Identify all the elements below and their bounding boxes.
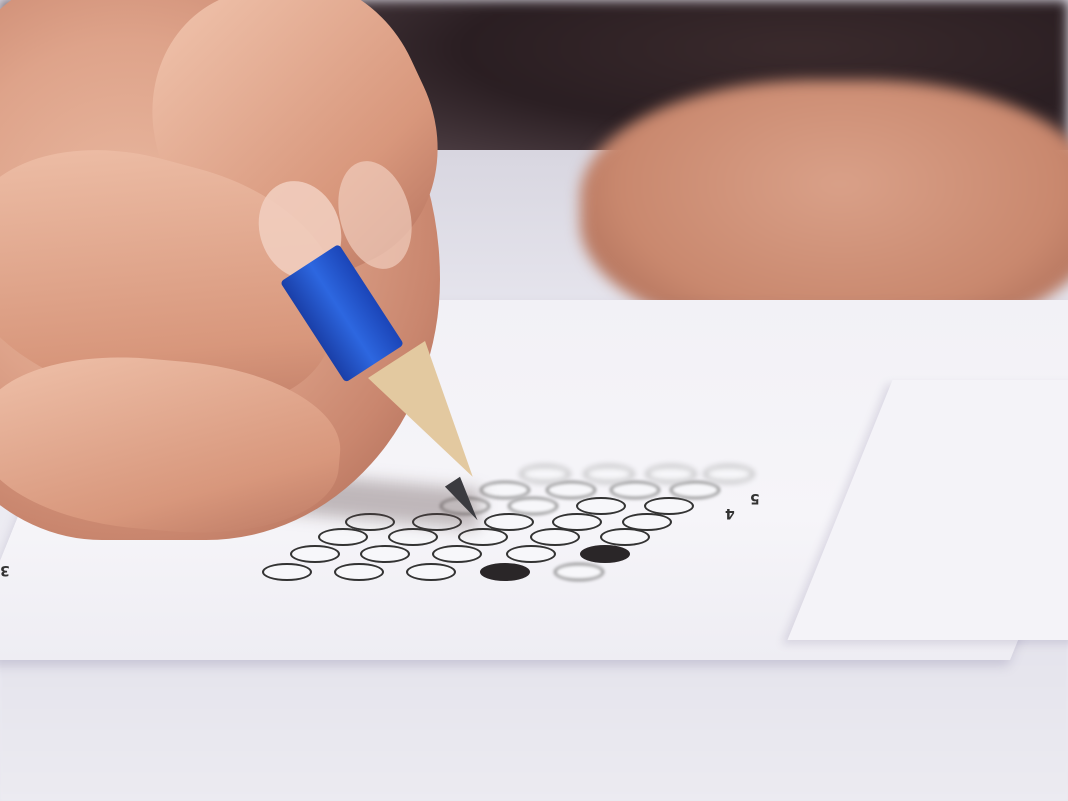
bubble: [406, 563, 456, 581]
bubble: [334, 563, 384, 581]
bubble: [458, 528, 508, 546]
bubble: [262, 563, 312, 581]
bubble: [670, 481, 720, 499]
bubble: [318, 528, 368, 546]
bubble: [554, 563, 604, 581]
bubble: [520, 465, 570, 483]
bubble: [484, 513, 534, 531]
question-number: 3: [0, 562, 10, 578]
bubble: [552, 513, 602, 531]
bubble: [704, 465, 754, 483]
filled-bubble: [480, 563, 530, 581]
bubble: [480, 481, 530, 499]
bubble: [546, 481, 596, 499]
bubble: [584, 465, 634, 483]
bubble: [360, 545, 410, 563]
bubble: [646, 465, 696, 483]
photo-scene: 4 5 3: [0, 0, 1068, 801]
filled-bubble: [580, 545, 630, 563]
bubble: [610, 481, 660, 499]
bubble: [508, 497, 558, 515]
question-number: 5: [750, 490, 760, 506]
bubble: [576, 497, 626, 515]
question-number: 4: [725, 505, 735, 521]
bubble: [506, 545, 556, 563]
bubble: [622, 513, 672, 531]
bubble: [644, 497, 694, 515]
bubble: [432, 545, 482, 563]
bubble: [290, 545, 340, 563]
